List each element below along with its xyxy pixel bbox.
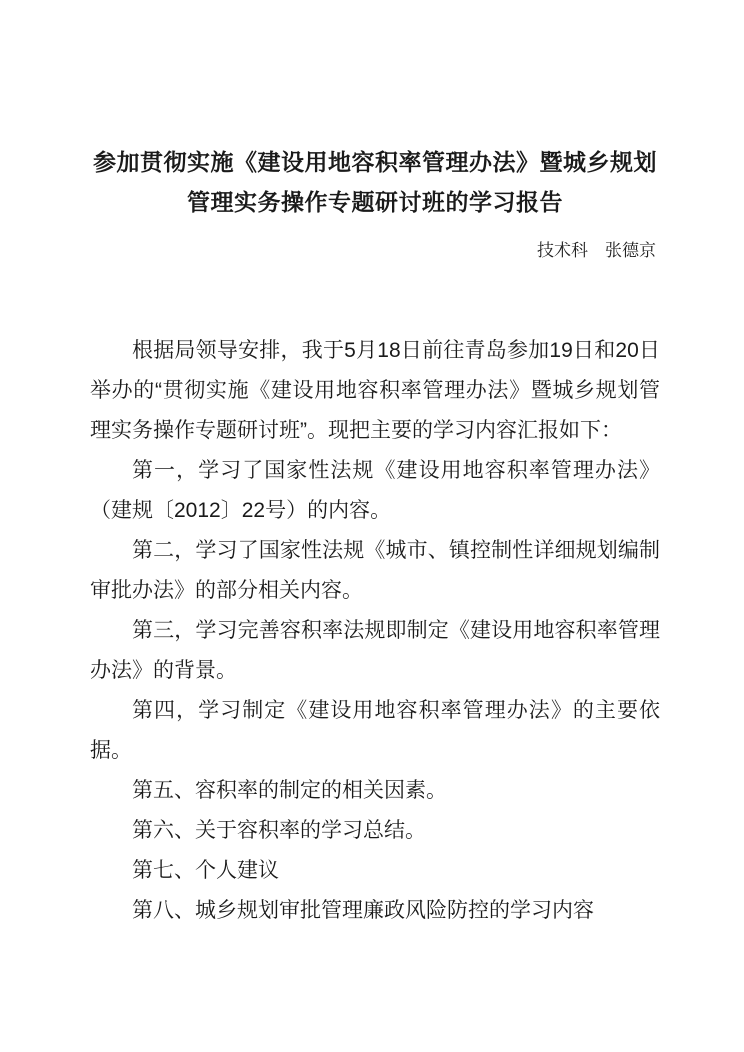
author-line: 技术科 张德京 (90, 238, 656, 264)
document-title: 参加贯彻实施《建设用地容积率管理办法》暨城乡规划管理实务操作专题研讨班的学习报告 (90, 142, 660, 222)
paragraph-item-6: 第六、关于容积率的学习总结。 (90, 811, 660, 851)
paragraph-item-5: 第五、容积率的制定的相关因素。 (90, 771, 660, 811)
paragraph-item-4: 第四，学习制定《建设用地容积率管理办法》的主要依据。 (90, 691, 660, 771)
paragraph-item-3: 第三，学习完善容积率法规即制定《建设用地容积率管理办法》的背景。 (90, 611, 660, 691)
paragraph-item-8: 第八、城乡规划审批管理廉政风险防控的学习内容 (90, 891, 660, 931)
paragraph-intro: 根据局领导安排，我于5月18日前往青岛参加19日和20日举办的“贯彻实施《建设用… (90, 331, 660, 451)
document-page: 参加贯彻实施《建设用地容积率管理办法》暨城乡规划管理实务操作专题研讨班的学习报告… (0, 0, 744, 1052)
paragraph-item-2: 第二，学习了国家性法规《城市、镇控制性详细规划编制审批办法》的部分相关内容。 (90, 531, 660, 611)
paragraph-item-7: 第七、个人建议 (90, 851, 660, 891)
paragraph-item-1: 第一，学习了国家性法规《建设用地容积率管理办法》（建规〔2012〕22号）的内容… (90, 451, 660, 531)
document-body: 根据局领导安排，我于5月18日前往青岛参加19日和20日举办的“贯彻实施《建设用… (90, 331, 660, 931)
